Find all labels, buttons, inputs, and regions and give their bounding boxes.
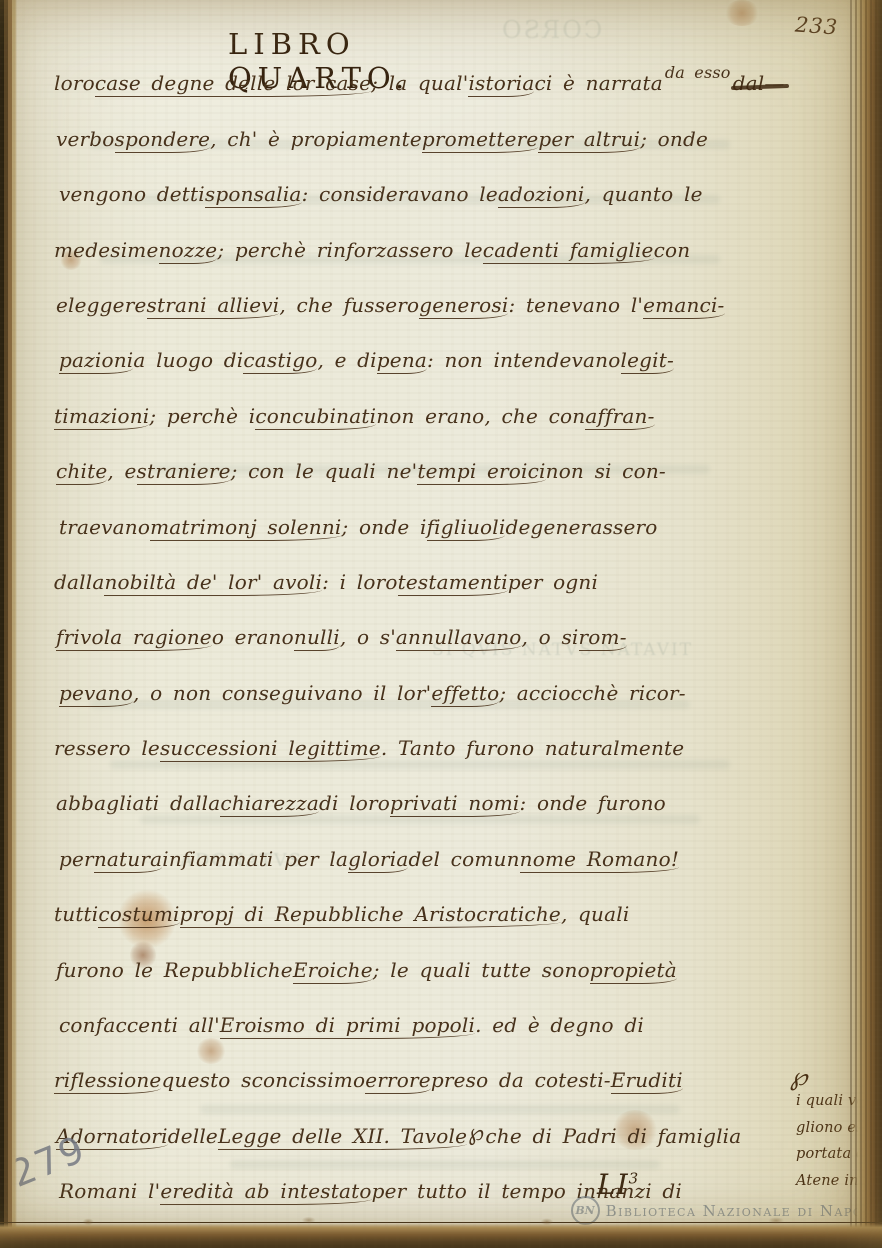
manuscript-scan: CORSO SI QVIS NATVS NATAVIT ADGNATVS LIB…	[0, 0, 882, 1248]
text-segment: ; acciocchè ricor-	[499, 681, 685, 707]
insertion-mark: ℘	[790, 1062, 807, 1091]
text-segment: nobiltà de' lor' avoli	[104, 570, 322, 596]
text-segment: ; onde	[640, 127, 708, 153]
text-segment: , o non conseguivano il lor'	[133, 681, 431, 707]
manuscript-line: tutti costumi propj di Repubbliche Arist…	[54, 873, 798, 928]
manuscript-line: chite, e straniere; con le quali ne' tem…	[54, 430, 798, 485]
text-segment: , che fussero	[279, 293, 419, 319]
text-segment: : i loro	[322, 570, 398, 596]
manuscript-line: pevano , o non conseguivano il lor' effe…	[54, 651, 798, 706]
text-segment: preso da cotesti-	[431, 1068, 611, 1094]
text-segment: o erano	[212, 625, 294, 651]
text-segment: traevano	[59, 515, 150, 541]
text-segment: figliuoli	[427, 515, 506, 541]
text-segment: timazioni	[54, 404, 149, 430]
text-segment: riflessione	[54, 1068, 161, 1094]
text-segment: Eroiche	[293, 958, 373, 984]
text-segment: promettere	[422, 127, 539, 153]
manuscript-line: verbo spondere, ch' è propiamente promet…	[54, 97, 798, 152]
manuscript-line: dalla nobiltà de' lor' avoli : i loro te…	[54, 541, 798, 596]
text-segment: medesime	[54, 238, 159, 264]
text-segment: per altrui	[538, 127, 640, 153]
text-segment: gloria	[348, 847, 408, 873]
text-segment: rom-	[579, 625, 627, 651]
text-segment: per ogni	[508, 570, 598, 596]
book-gutter-edge	[0, 0, 17, 1248]
text-segment: straniere	[137, 459, 231, 485]
page-fore-edge	[850, 0, 882, 1248]
text-segment: errore	[365, 1068, 431, 1094]
text-segment: : non intendevano	[427, 348, 620, 374]
quire-signature-number: 3	[629, 1170, 640, 1188]
text-segment: cadenti famiglie	[483, 238, 654, 264]
text-segment: strani allievi	[147, 293, 280, 319]
text-segment: . ed è degno di	[475, 1013, 644, 1039]
text-segment: effetto	[431, 681, 499, 707]
text-segment: case degne delle lor case	[95, 71, 371, 97]
text-segment: istoria	[468, 71, 534, 97]
text-segment: Legge delle XII. Tavole	[218, 1124, 467, 1150]
text-segment: con	[654, 238, 691, 264]
text-segment: , o s'	[340, 625, 396, 651]
text-segment: emanci-	[643, 293, 724, 319]
text-segment: nulli	[294, 625, 340, 651]
text-segment: Eruditi	[611, 1068, 683, 1094]
text-segment: , quali	[561, 902, 630, 928]
insertion-mark: ℘	[467, 1120, 485, 1146]
text-segment: per	[59, 847, 94, 873]
text-segment: eredità ab intestato	[160, 1179, 371, 1205]
text-segment: chiarezza	[220, 791, 319, 817]
text-segment: , quanto le	[585, 182, 703, 208]
text-segment: privati nomi	[390, 791, 519, 817]
text-segment: ; perchè rinforzassero le	[217, 238, 482, 264]
text-segment: ; la qual'	[371, 71, 468, 97]
text-segment: natura	[94, 847, 162, 873]
text-segment: testamenti	[398, 570, 508, 596]
text-segment: generosi	[419, 293, 508, 319]
manuscript-line: furono le Repubbliche Eroiche; le quali …	[54, 928, 798, 983]
text-segment: propj di Repubbliche Aristocratiche	[180, 902, 561, 928]
text-segment: ; perchè i	[149, 404, 255, 430]
text-segment: ; con le quali ne'	[231, 459, 418, 485]
text-segment: : tenevano l'	[508, 293, 643, 319]
manuscript-line: ressero le successioni legittime. Tanto …	[54, 707, 798, 762]
text-segment: castigo	[243, 348, 317, 374]
text-segment: di loro	[319, 791, 390, 817]
text-segment: pazioni	[59, 348, 133, 374]
text-segment: ; le quali tutte sono	[373, 958, 590, 984]
text-segment: degenerassero	[505, 515, 657, 541]
text-segment: successioni legittime	[160, 736, 381, 762]
manuscript-line: vengono detti sponsalia: consideravano l…	[54, 153, 798, 208]
text-segment: infiammati per la	[162, 847, 348, 873]
manuscript-line: timazioni; perchè i concubinati non eran…	[54, 374, 798, 429]
text-segment: nome Romano!	[520, 847, 679, 873]
text-segment: ressero le	[54, 736, 160, 762]
manuscript-line: traevano matrimonj solenni; onde i figli…	[54, 485, 798, 540]
text-segment: concubinati	[255, 404, 376, 430]
manuscript-line: medesime nozze; perchè rinforzassero le …	[54, 208, 798, 263]
manuscript-line: loro case degne delle lor case ; la qual…	[54, 42, 798, 97]
manuscript-line: riflessione questo sconcissimo errore pr…	[54, 1039, 798, 1094]
text-segment: non si con-	[546, 459, 666, 485]
text-segment: loro	[54, 71, 95, 97]
manuscript-line: Adornatori delle Legge delle XII. Tavole…	[54, 1094, 798, 1149]
text-segment: Eroismo di primi popoli	[220, 1013, 475, 1039]
text-segment: abbagliati dalla	[56, 791, 220, 817]
text-segment: pevano	[59, 681, 133, 707]
manuscript-line: per natura infiammati per la gloria del …	[54, 817, 798, 872]
text-segment: ci è narrata	[534, 71, 662, 97]
page-bottom-edge	[0, 1222, 882, 1248]
text-segment: : consideravano le	[302, 182, 498, 208]
text-segment: , e	[107, 459, 136, 485]
text-segment: dalla	[54, 570, 104, 596]
text-segment: , o si	[522, 625, 579, 651]
text-segment: costumi	[98, 902, 179, 928]
text-segment: annullavano	[396, 625, 522, 651]
text-segment: adozioni	[498, 182, 585, 208]
text-segment: , e di	[317, 348, 376, 374]
text-segment: matrimonj solenni	[150, 515, 341, 541]
text-segment: , ch' è propiamente	[210, 127, 422, 153]
text-segment: vengono detti	[59, 182, 205, 208]
text-segment: : onde furono	[520, 791, 666, 817]
manuscript-line: abbagliati dalla chiarezza di loro priva…	[54, 762, 798, 817]
text-segment: non erano, che con	[376, 404, 585, 430]
text-segment: a luogo di	[133, 348, 243, 374]
text-segment: verbo	[56, 127, 115, 153]
text-segment: Romani l'	[59, 1179, 160, 1205]
manuscript-text: loro case degne delle lor case ; la qual…	[54, 42, 798, 1205]
text-segment: affran-	[585, 404, 654, 430]
stain	[724, 0, 760, 26]
text-segment: legit-	[621, 348, 674, 374]
text-segment: . Tanto furono naturalmente	[381, 736, 684, 762]
text-segment: questo sconcissimo	[161, 1068, 365, 1094]
text-segment: ; onde i	[342, 515, 427, 541]
folio-number: 233	[794, 13, 839, 40]
text-segment: che di Padri di famiglia	[485, 1124, 741, 1150]
manuscript-line: pazioni a luogo di castigo, e di pena: n…	[54, 319, 798, 374]
text-segment: da esso	[663, 63, 733, 82]
text-segment: nozze	[159, 238, 218, 264]
text-segment: propietà	[590, 958, 677, 984]
text-segment: chite	[56, 459, 107, 485]
text-segment: del comun	[408, 847, 519, 873]
text-segment: tutti	[54, 902, 98, 928]
text-segment: sponsalia	[205, 182, 302, 208]
text-segment: eleggere	[56, 293, 147, 319]
text-segment: confaccenti all'	[59, 1013, 220, 1039]
text-segment: furono le Repubbliche	[56, 958, 293, 984]
manuscript-line: frivola ragione o erano nulli , o s' ann…	[54, 596, 798, 651]
manuscript-line: confaccenti all' Eroismo di primi popoli…	[54, 984, 798, 1039]
manuscript-line: eleggere strani allievi, che fussero gen…	[54, 264, 798, 319]
text-segment: spondere	[115, 127, 211, 153]
text-segment: tempi eroici	[417, 459, 545, 485]
text-segment: dal—	[733, 71, 785, 97]
text-segment: frivola ragione	[56, 625, 212, 651]
text-segment: pena	[377, 348, 427, 374]
text-segment: delle	[168, 1124, 218, 1150]
